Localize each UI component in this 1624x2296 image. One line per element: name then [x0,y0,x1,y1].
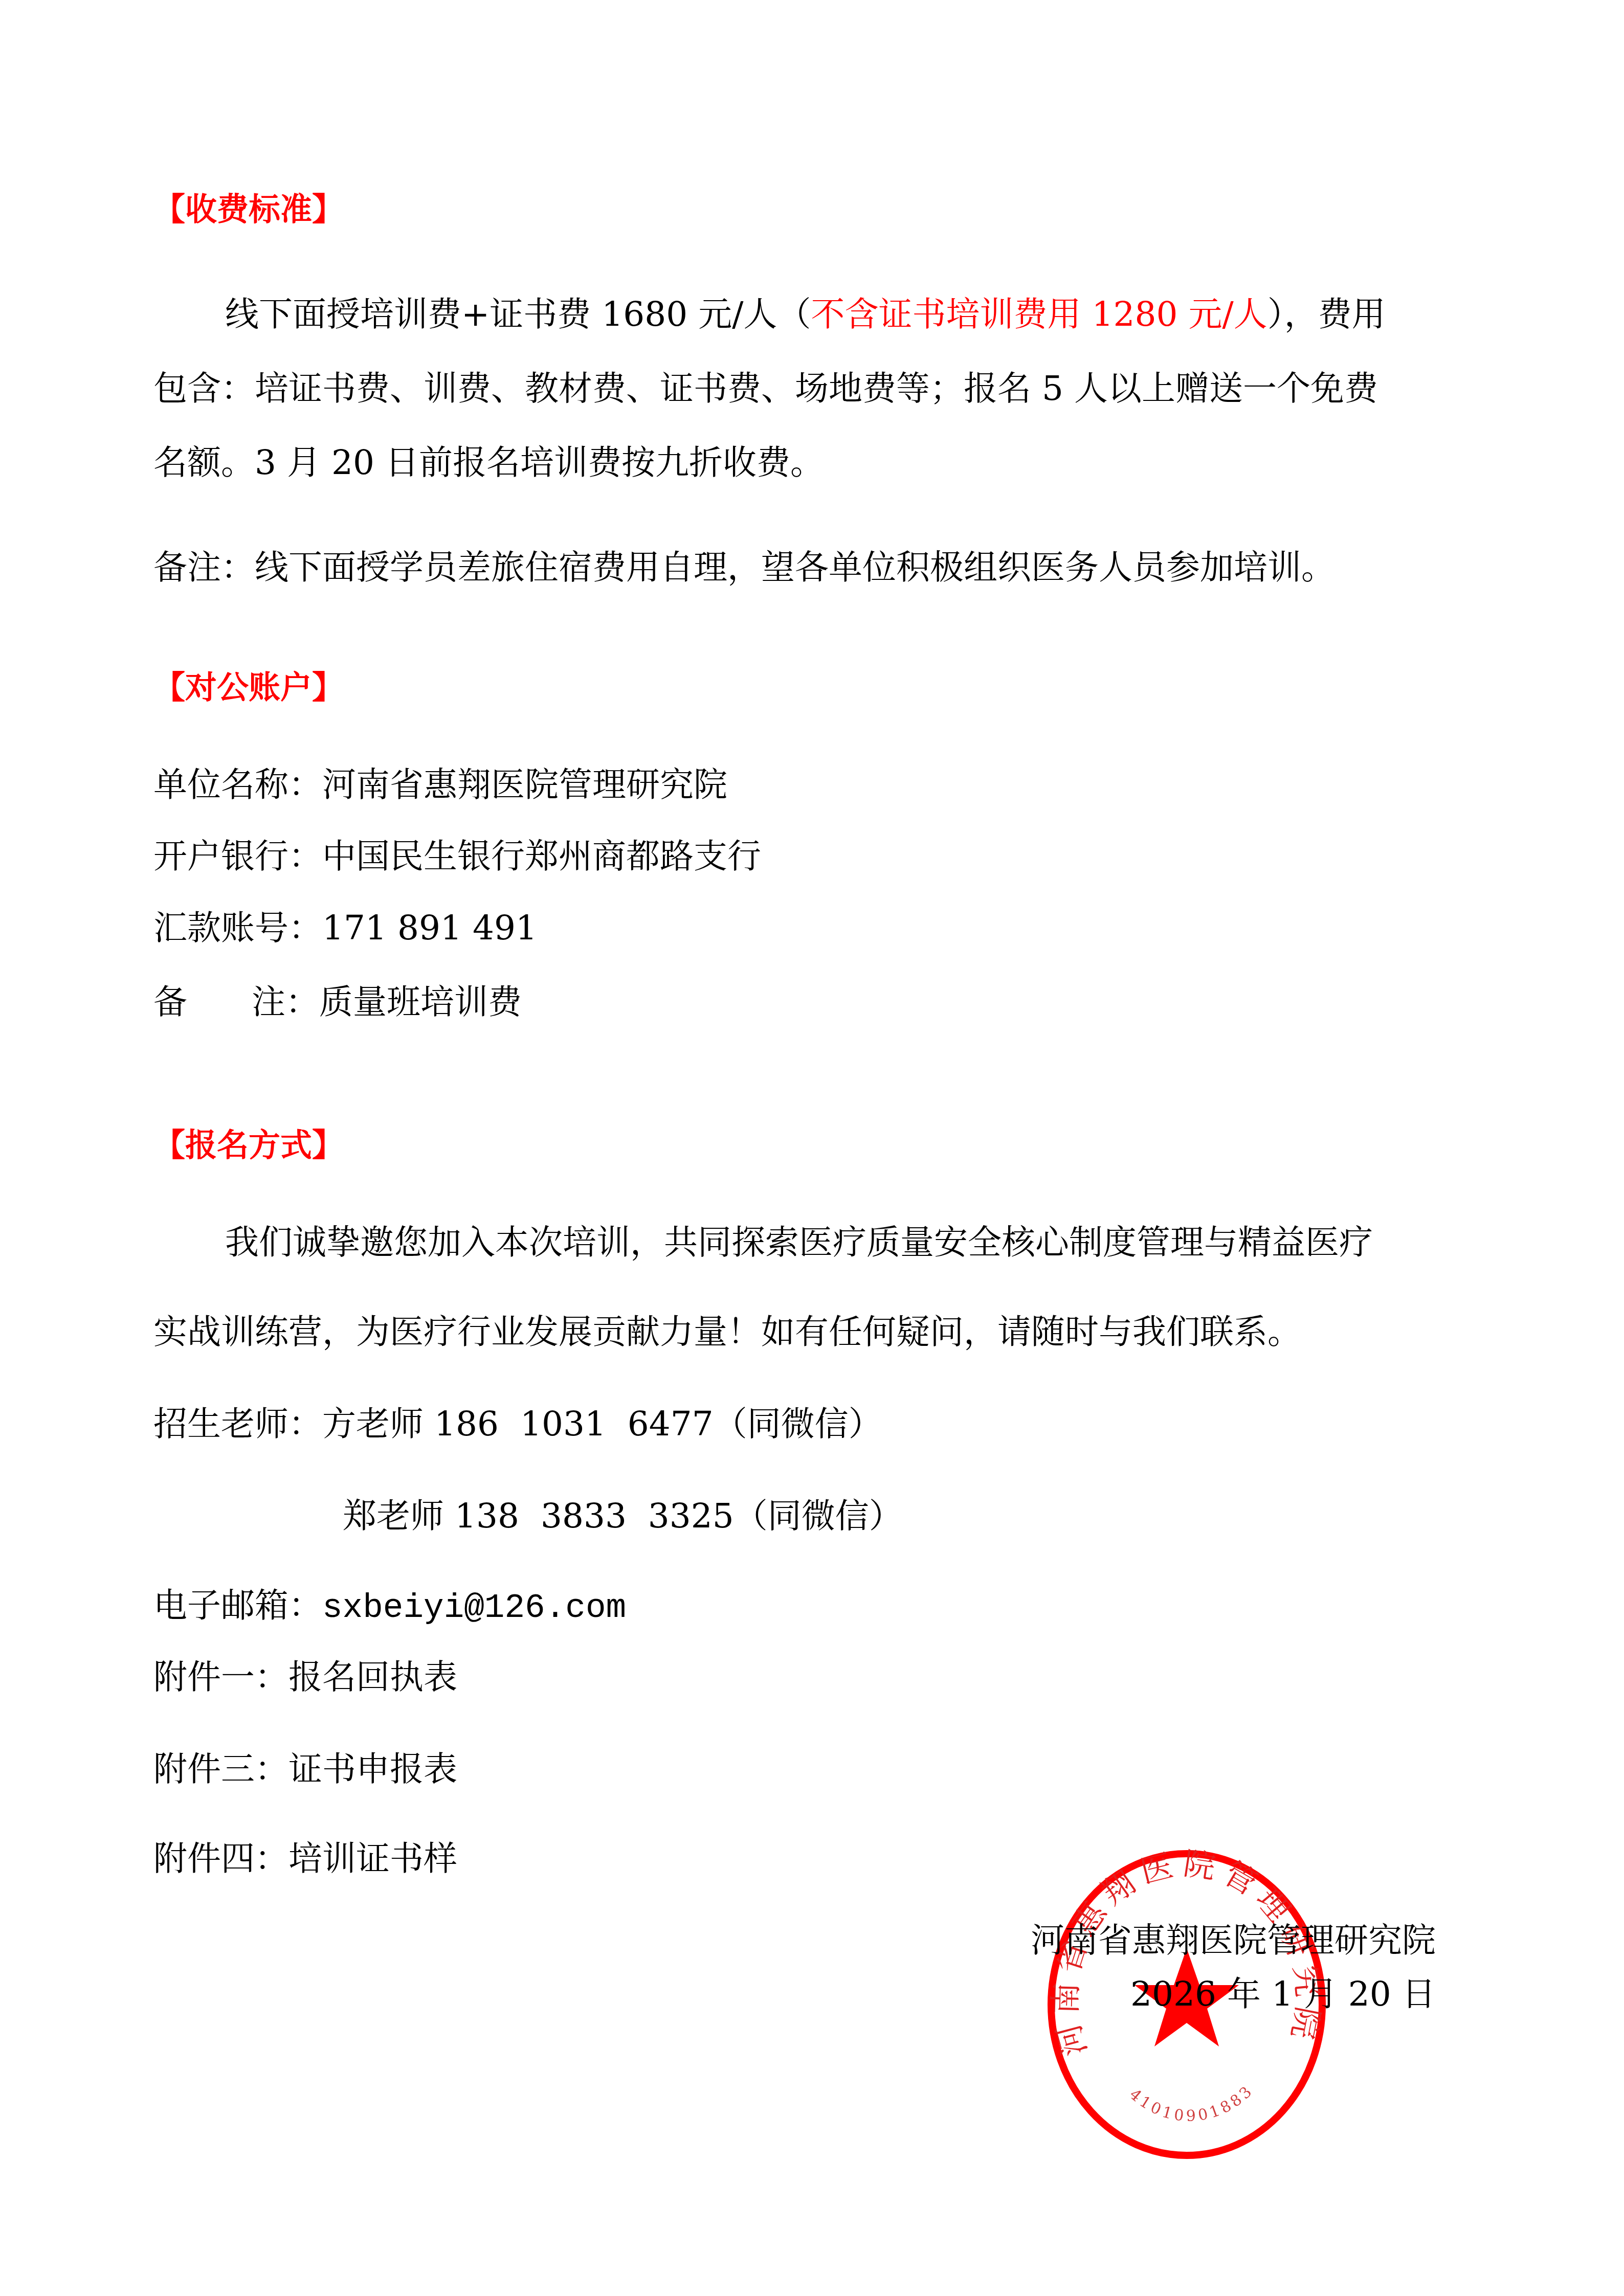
email: 电子邮箱：sxbeiyi@126.com [153,1585,626,1629]
contact-2: 郑老师 138 3833 3325（同微信） [343,1496,903,1537]
attachment-label: 附件四： [153,1839,288,1878]
account-number: 汇款账号：171 891 491 [153,908,537,949]
attachment-4: 附件四：培训证书样 [153,1838,457,1879]
fee-note: 备注：线下面授学员差旅住宿费用自理，望各单位积极组织医务人员参加培训。 [153,547,1335,588]
fee-heading: 【收费标准】 [153,189,344,230]
attachment-label: 附件三： [153,1749,288,1789]
signature-org: 河南省惠翔医院管理研究院 [1031,1920,1436,1961]
signup-para-2: 实战训练营，为医疗行业发展贡献力量！如有任何疑问，请随时与我们联系。 [153,1312,1301,1353]
number-label: 汇款账号： [153,908,322,948]
contact-phone: 方老师 186 1031 6477（同微信） [322,1404,882,1444]
remark-label: 备 注： [153,982,319,1022]
remark-value: 质量班培训费 [319,982,522,1022]
contact-label: 招生老师： [153,1404,322,1444]
contact-1: 招生老师：方老师 186 1031 6477（同微信） [153,1404,882,1445]
bank-value: 中国民生银行郑州商都路支行 [322,837,761,876]
attachment-value: 报名回执表 [288,1657,457,1697]
signup-para-1: 我们诚挚邀您加入本次培训，共同探索医疗质量安全核心制度管理与精益医疗 [225,1222,1373,1263]
fee-line-2: 包含：培证书费、训费、教材费、证书费、场地费等；报名 5 人以上赠送一个免费 [153,368,1378,409]
attachment-1: 附件一：报名回执表 [153,1657,457,1698]
email-value[interactable]: sxbeiyi@126.com [322,1589,626,1627]
fee-line-3: 名额。3 月 20 日前报名培训费按九折收费。 [153,442,824,483]
signature-date: 2026 年 1 月 20 日 [1130,1974,1436,2015]
account-unit: 单位名称：河南省惠翔医院管理研究院 [153,764,727,805]
fee-line-1: 线下面授培训费+证书费 1680 元/人（不含证书培训费用 1280 元/人），… [225,294,1386,335]
attachment-3: 附件三：证书申报表 [153,1749,457,1790]
email-label: 电子邮箱： [153,1586,322,1625]
unit-value: 河南省惠翔医院管理研究院 [322,765,727,804]
fee-text: 线下面授培训费+证书费 1680 元/人（ [225,295,811,334]
attachment-value: 证书申报表 [288,1749,457,1789]
account-heading: 【对公账户】 [153,667,344,708]
unit-label: 单位名称： [153,765,322,804]
attachment-value: 培训证书样 [288,1839,457,1878]
attachment-label: 附件一： [153,1657,288,1697]
account-remark: 备 注：质量班培训费 [153,982,522,1023]
number-value: 171 891 491 [322,908,537,948]
fee-discount-note: 不含证书培训费用 1280 元/人 [811,295,1267,334]
fee-text: ），费用 [1267,295,1386,334]
signup-heading: 【报名方式】 [153,1125,344,1166]
account-bank: 开户银行：中国民生银行郑州商都路支行 [153,836,761,877]
bank-label: 开户银行： [153,837,322,876]
